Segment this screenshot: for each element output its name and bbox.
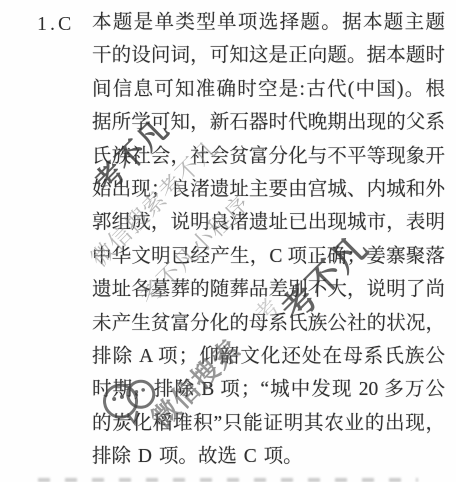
explanation-line: 据所学可知，新石器时代晚期出现的父系: [92, 106, 445, 139]
explanation-line: 遗址各墓葬的随葬品差别不大，说明了尚: [92, 273, 445, 306]
explanation-line: 的炭化稻堆积”只能证明其农业的出现，: [92, 407, 445, 440]
explanation-line: 干的设问词，可知这是正向题。据本题时: [92, 39, 445, 72]
scanned-answer-page: 1.C 本题是单类型单项选择题。据本题主题 干的设问词，可知这是正向题。据本题时…: [0, 0, 456, 482]
explanation-line: 始出现；良渚遗址主要由宫城、内城和外: [92, 173, 445, 206]
explanation-line: 时期，排除 B 项；“城中发现 20 多万公斤: [92, 373, 445, 406]
explanation-line: 排除 D 项。故选 C 项。: [92, 440, 445, 473]
explanation-line: 氏族社会，社会贫富分化与不平等现象开: [92, 140, 445, 173]
answer-number-label: 1.C: [37, 13, 74, 36]
explanation-line: 中华文明已经产生，C 项正确；姜寨聚落: [92, 240, 445, 273]
explanation-line: 排除 A 项；仰韶文化还处在母系氏族公社: [92, 340, 445, 373]
explanation-line: 间信息可知准确时空是:古代(中国)。根: [92, 73, 445, 106]
next-line-crop-hint: [38, 478, 418, 482]
explanation-line: 本题是单类型单项选择题。据本题主题: [92, 6, 445, 39]
explanation-line: 郭组成，说明良渚遗址已出现城市，表明: [92, 206, 445, 239]
explanation-line: 未产生贫富分化的母系氏族公社的状况，: [92, 307, 445, 340]
explanation-text: 本题是单类型单项选择题。据本题主题 干的设问词，可知这是正向题。据本题时 间信息…: [92, 6, 445, 473]
